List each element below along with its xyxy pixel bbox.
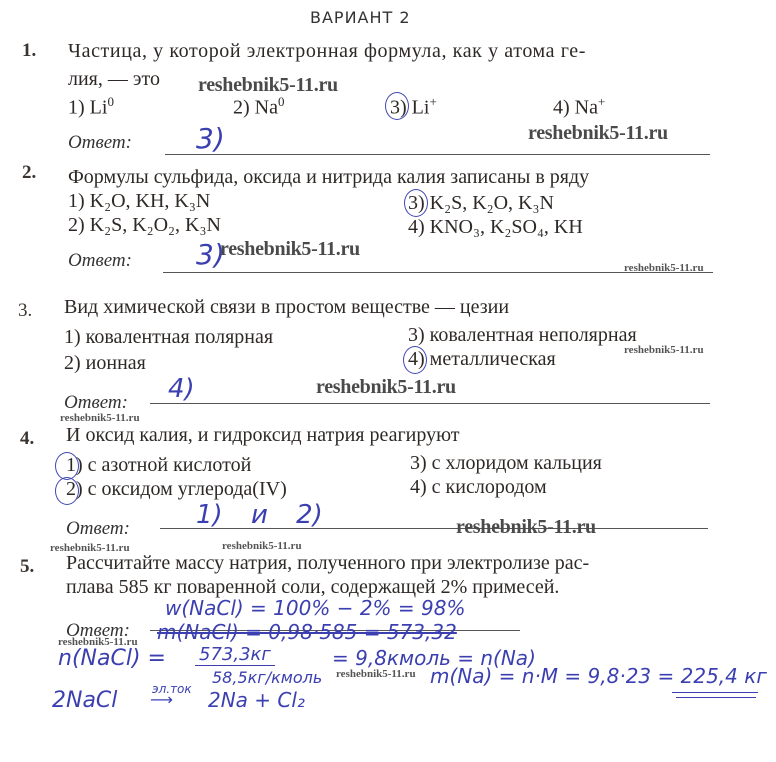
question-text: Вид химической связи в простом веществе … (64, 296, 509, 319)
solution-equation-left: 2NaCl (52, 688, 117, 713)
option-1[interactable]: 1) ковалентная полярная (64, 326, 273, 349)
final-underline (672, 692, 758, 693)
watermark: reshebnik5-11.ru (336, 668, 416, 680)
option-2[interactable]: 2) Na0 (233, 94, 284, 120)
watermark: reshebnik5-11.ru (58, 636, 138, 648)
question-number: 3. (18, 300, 32, 322)
watermark: reshebnik5-11.ru (624, 262, 704, 274)
watermark: reshebnik5-11.ru (624, 344, 704, 356)
solution-final: m(Na) = n·M = 9,8·23 = 225,4 кг (430, 664, 767, 688)
watermark: reshebnik5-11.ru (222, 540, 302, 552)
option-4[interactable]: 4) Na+ (553, 94, 605, 120)
handwritten-answer: 4) (168, 374, 195, 404)
question-text: Частица, у которой электронная формула, … (68, 40, 586, 63)
watermark: reshebnik5-11.ru (220, 238, 360, 261)
option-3[interactable]: 3) ковалентная неполярная (408, 324, 637, 347)
option-1[interactable]: 1) с азотной кислотой (66, 454, 251, 477)
option-4[interactable]: 4) KNO₃, K₂SO₄, KH (408, 216, 583, 239)
solution-equation-right: 2Na + Cl₂ (208, 688, 305, 712)
option-1[interactable]: 1) K₂O, KH, K₃N (68, 190, 210, 213)
solution-fraction-denominator: 58,5кг/кмоль (212, 668, 322, 687)
question-text: Формулы сульфида, оксида и нитрида калия… (68, 166, 589, 189)
question-number: 5. (20, 556, 34, 578)
answer-label: Ответ: (68, 250, 132, 272)
option-2[interactable]: 2) K₂S, K₂O₂, K₃N (68, 214, 221, 237)
watermark: reshebnik5-11.ru (198, 74, 338, 97)
watermark: reshebnik5-11.ru (316, 376, 456, 399)
solution-line-3-left: n(NaCl) = (58, 646, 166, 671)
option-2[interactable]: 2) с оксидом углерода(IV) (66, 478, 287, 501)
selection-circle (403, 346, 427, 374)
solution-fraction-numerator: 573,3кг (195, 644, 275, 666)
question-text: Рассчитайте массу натрия, полученного пр… (66, 552, 589, 575)
selection-circle (55, 452, 79, 480)
final-underline (676, 697, 756, 698)
question-text: лия, — это (68, 68, 160, 91)
solution-line-2: m(NaCl) = 0,98·585 = 573,32 (157, 620, 457, 644)
selection-circle (55, 477, 79, 505)
option-3[interactable]: 3) с хлоридом кальция (410, 452, 602, 475)
option-4[interactable]: 4) с кислородом (410, 476, 547, 499)
selection-circle (404, 189, 428, 217)
option-4[interactable]: 4) металлическая (408, 348, 556, 371)
answer-label: Ответ: (68, 132, 132, 154)
option-1[interactable]: 1) Li0 (68, 94, 114, 120)
option-2[interactable]: 2) ионная (64, 352, 146, 375)
option-3[interactable]: 3) K₂S, K₂O, K₃N (408, 192, 554, 215)
watermark: reshebnik5-11.ru (456, 516, 596, 539)
answer-label: Ответ: (64, 392, 128, 414)
arrow-icon: ⟶ (150, 690, 173, 709)
question-number: 4. (20, 428, 34, 450)
selection-circle (385, 92, 409, 120)
watermark: reshebnik5-11.ru (528, 122, 668, 145)
question-number: 1. (22, 40, 36, 62)
answer-line (165, 154, 710, 155)
watermark: reshebnik5-11.ru (60, 412, 140, 424)
answer-line (150, 403, 710, 404)
solution-line-1: w(NaCl) = 100% − 2% = 98% (165, 596, 465, 620)
variant-title: ВАРИАНТ 2 (310, 8, 411, 27)
question-text: И оксид калия, и гидроксид натрия реагир… (66, 424, 460, 447)
watermark: reshebnik5-11.ru (50, 542, 130, 554)
handwritten-answer: 1) и 2) (196, 500, 323, 530)
question-number: 2. (22, 162, 36, 184)
handwritten-answer: 3) (196, 122, 225, 155)
answer-label: Ответ: (66, 518, 130, 540)
